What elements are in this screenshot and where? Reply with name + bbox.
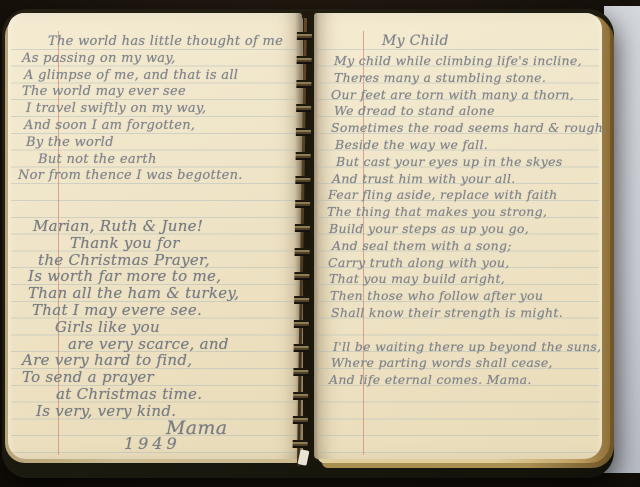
handwritten-line: And seal them with a song; xyxy=(314,238,602,255)
handwritten-line: Sometimes the road seems hard & rough, xyxy=(314,120,602,137)
handwritten-line: Beside the way we fall. xyxy=(314,137,602,154)
handwritten-line: Is worth far more to me, xyxy=(8,268,302,285)
handwritten-line: Is very, very kind. xyxy=(8,403,302,420)
handwritten-line: But not the earth xyxy=(8,152,302,169)
handwritten-line: My child while climbing life's incline, xyxy=(314,53,602,70)
handwritten-line: A glimpse of me, and that is all xyxy=(8,68,302,85)
handwritten-line: And soon I am forgotten, xyxy=(8,118,302,135)
handwritten-line: Girls like you xyxy=(8,319,302,336)
right-page: My Child My child while climbing life's … xyxy=(314,13,602,459)
handwritten-line: That you may build aright, xyxy=(314,271,602,288)
handwritten-line: The world has little thought of me xyxy=(8,34,302,51)
handwritten-line: Are very hard to find, xyxy=(8,352,302,369)
handwritten-line: Our feet are torn with many a thorn, xyxy=(314,87,602,104)
handwritten-line: Theres many a stumbling stone. xyxy=(314,70,602,87)
handwritten-line: at Christmas time. xyxy=(8,386,302,403)
right-poem-title: My Child xyxy=(382,33,449,49)
handwritten-line: Thank you for xyxy=(8,235,302,252)
handwritten-line: the Christmas Prayer, xyxy=(8,252,302,269)
handwritten-line: Than all the ham & turkey, xyxy=(8,285,302,302)
handwritten-line: Then those who follow after you xyxy=(314,288,602,305)
handwritten-line: I'll be waiting there up beyond the suns… xyxy=(314,339,602,356)
handwritten-line: As passing on my way, xyxy=(8,51,302,68)
handwritten-line xyxy=(314,322,602,339)
handwritten-line: Build your steps as up you go, xyxy=(314,221,602,238)
handwritten-line: The thing that makes you strong, xyxy=(314,204,602,221)
left-page-poem: The world has little thought of meAs pas… xyxy=(8,34,302,185)
handwritten-line: 1949 xyxy=(8,436,302,453)
handwritten-line: Where parting words shall cease, xyxy=(314,355,602,372)
left-page-thank-you-note: Marian, Ruth & June!Thank you forthe Chr… xyxy=(8,218,302,453)
right-page-poem: My child while climbing life's incline,T… xyxy=(314,53,602,389)
handwritten-line: By the world xyxy=(8,135,302,152)
handwritten-line: The world may ever see xyxy=(8,84,302,101)
handwritten-line: That I may evere see. xyxy=(8,302,302,319)
handwritten-line: Marian, Ruth & June! xyxy=(8,218,302,235)
handwritten-line: Carry truth along with you, xyxy=(314,255,602,272)
handwritten-line: And life eternal comes. Mama. xyxy=(314,372,602,389)
handwritten-line: Shall know their strength is might. xyxy=(314,305,602,322)
handwritten-line: are very scarce, and xyxy=(8,336,302,353)
handwritten-line: Fear fling aside, replace with faith xyxy=(314,187,602,204)
handwritten-line: To send a prayer xyxy=(8,369,302,386)
notebook-photo: The world has little thought of meAs pas… xyxy=(0,0,640,487)
handwritten-line: But cast your eyes up in the skyes xyxy=(314,154,602,171)
left-page: The world has little thought of meAs pas… xyxy=(8,13,302,459)
handwritten-line: We dread to stand alone xyxy=(314,103,602,120)
handwritten-line: Nor from thence I was begotten. xyxy=(8,168,302,185)
handwritten-line: I travel swiftly on my way, xyxy=(8,101,302,118)
handwritten-line: And trust him with your all. xyxy=(314,171,602,188)
